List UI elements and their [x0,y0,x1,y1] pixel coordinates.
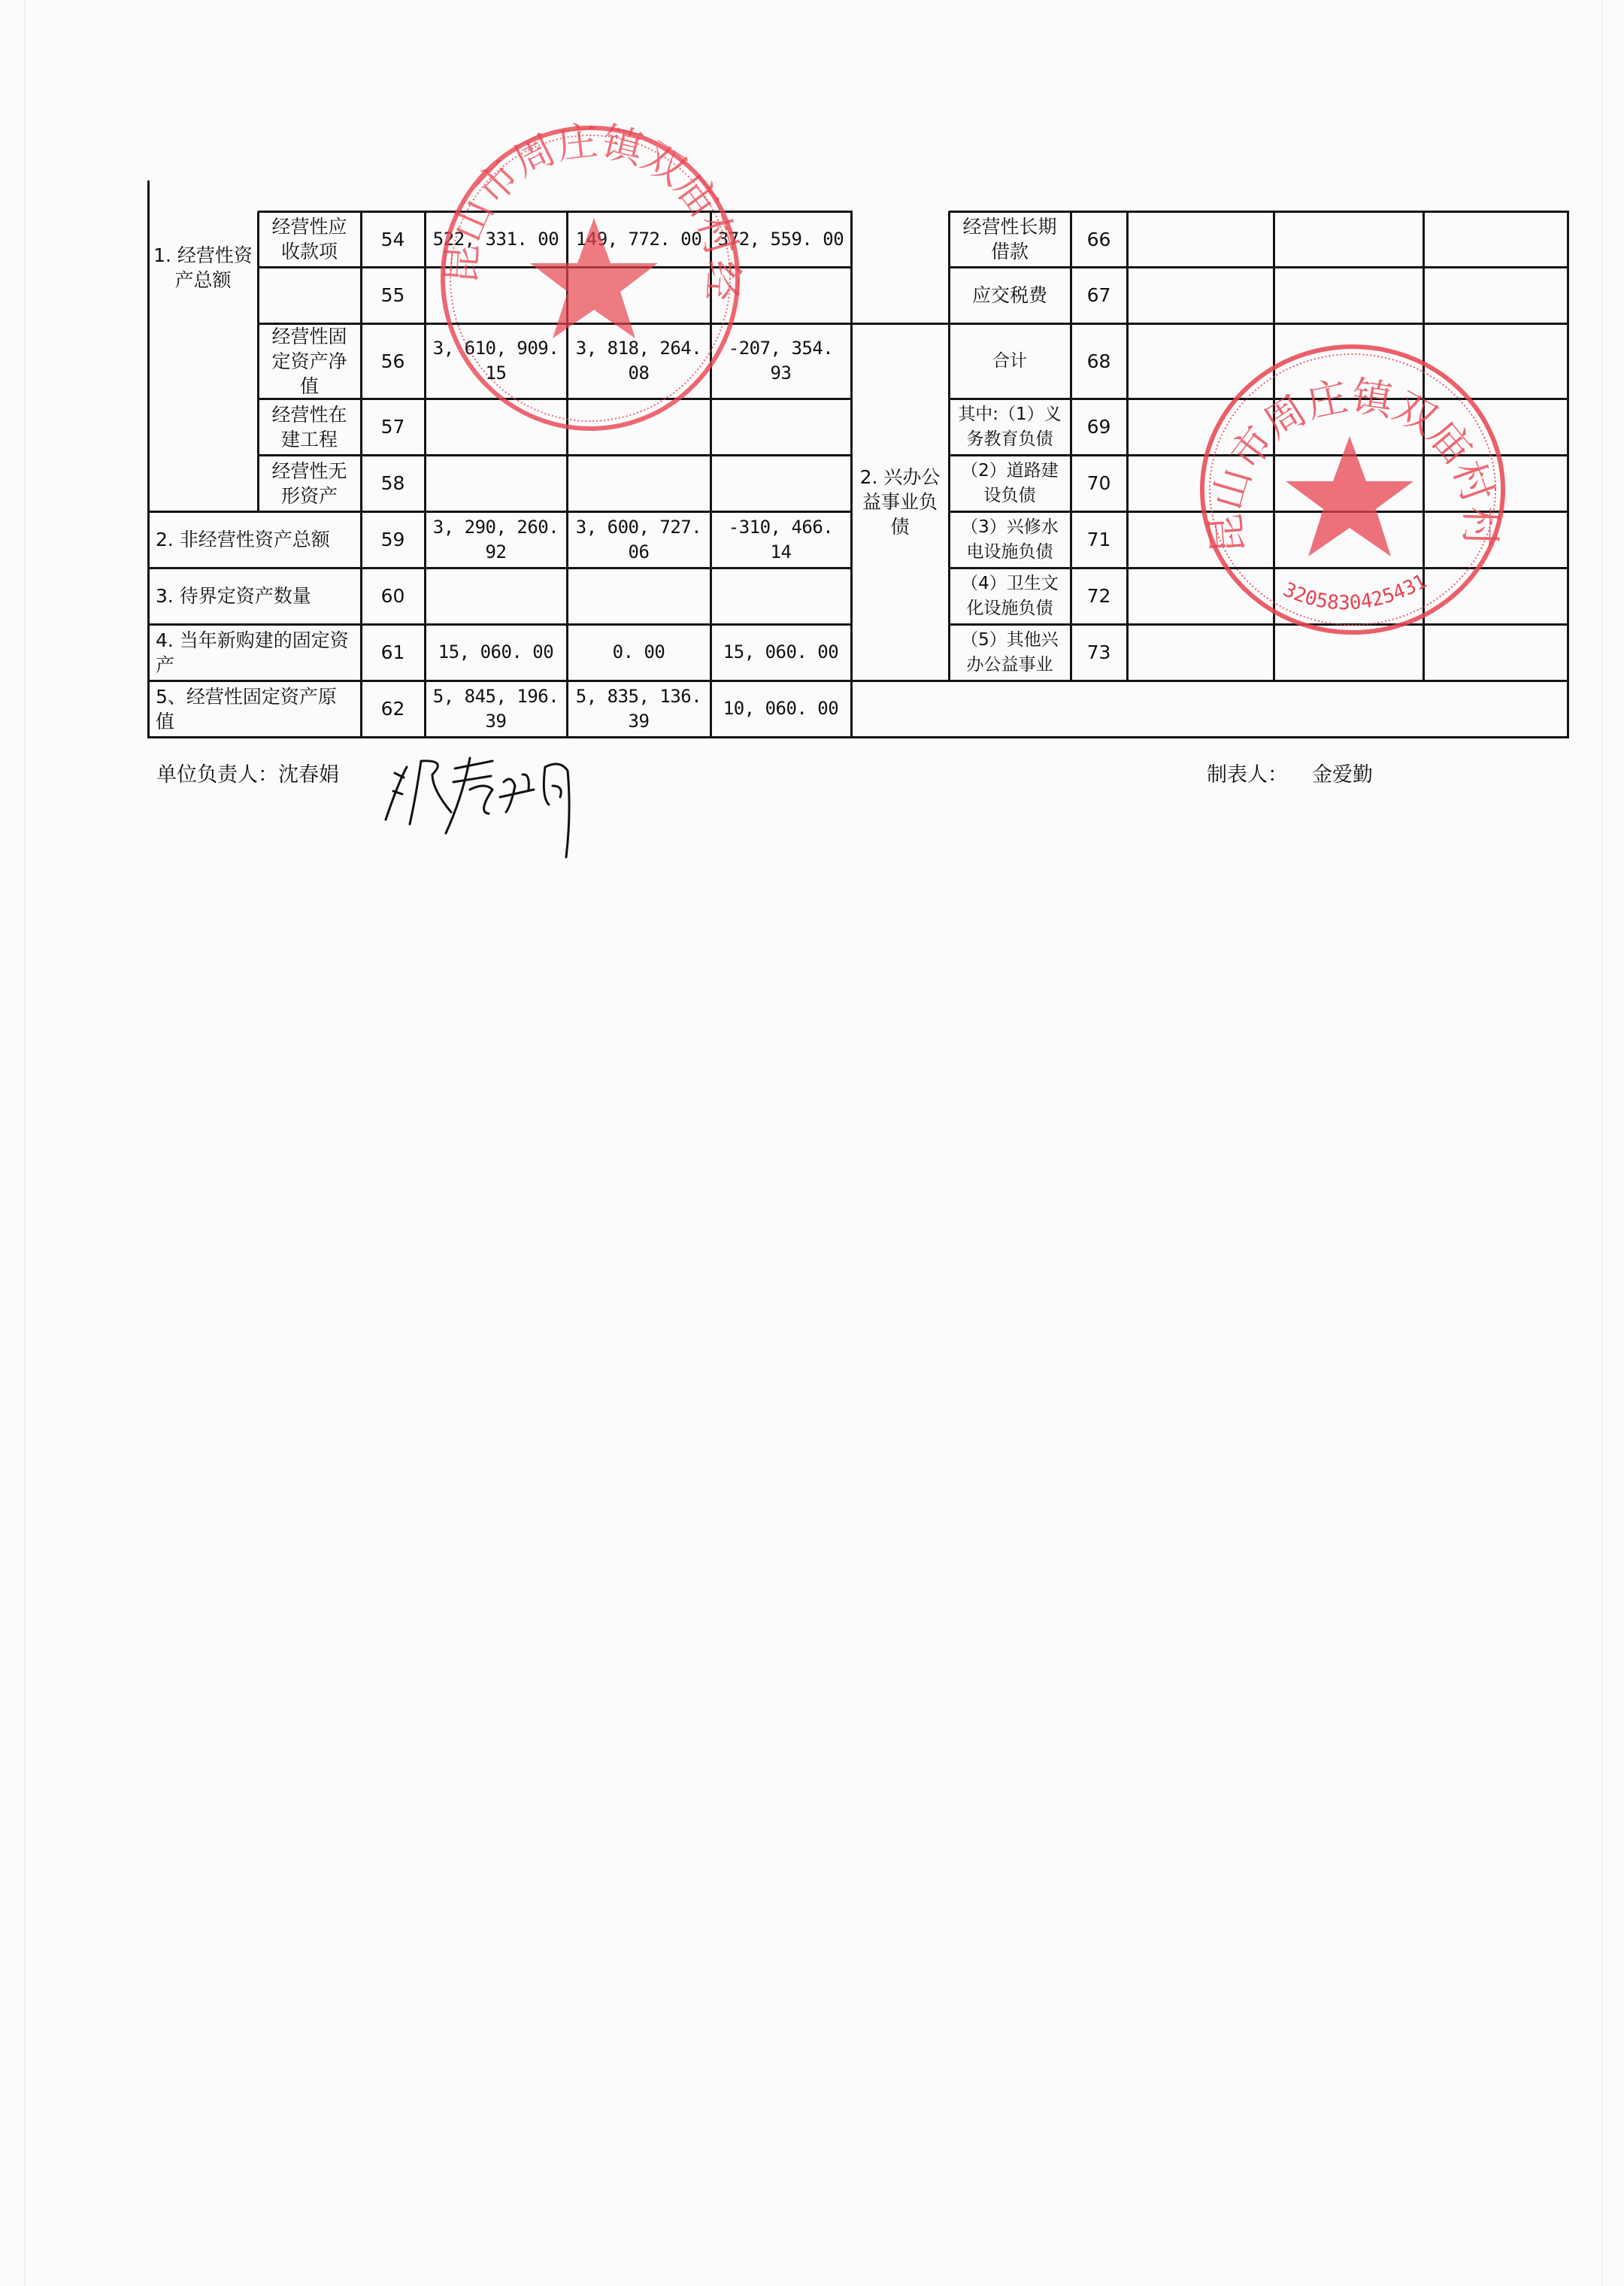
table-rule [148,623,853,626]
table-rule [148,680,853,682]
table-rule [258,454,853,456]
row-item-label: 其中:（1）义 务教育负债 [949,399,1071,455]
row-value-col2 [567,267,710,323]
preparer-name: 金爱勤 [1312,758,1373,787]
table-rule [1070,211,1072,682]
row-line-number: 67 [1071,267,1127,323]
row-line-number: 66 [1071,211,1127,267]
row-line-number: 68 [1071,323,1127,399]
table-rule [1126,211,1129,682]
row-line-number: 61 [361,624,425,681]
row-value-col3 [1423,399,1568,455]
row-item-label: （3）兴修水 电设施负债 [949,511,1071,568]
row-value-col1: 3, 290, 260. 92 [425,511,567,568]
row-item-label: 合计 [949,323,1071,399]
row-value-col1 [1127,624,1274,681]
row-value-col3: 15, 060. 00 [710,624,851,681]
row-value-col3: 10, 060. 00 [710,681,851,737]
table-rule [851,323,1569,325]
row-value-col1 [425,399,567,455]
row-value-col1 [1127,211,1274,267]
row-line-number: 62 [361,681,425,737]
row-value-col3 [1423,624,1568,681]
table-rule [1273,211,1275,682]
table-rule [949,567,1569,569]
row-value-col2: 3, 600, 727. 06 [567,511,710,568]
row-value-col1: 5, 845, 196. 39 [425,681,567,737]
row-item-label: （5）其他兴 办公益事业 [949,624,1071,681]
row-line-number: 60 [361,568,425,624]
table-rule [949,454,1569,456]
row-value-col1 [1127,568,1274,624]
row-value-col2: 0. 00 [567,624,710,681]
row-value-col2 [1274,511,1423,568]
group-label-public-welfare-debt: 2. 兴办公 益事业负 债 [851,323,949,681]
table-rule [566,211,568,738]
row-value-col1 [425,568,567,624]
row-value-col1 [425,267,567,323]
table-rule [949,511,1569,513]
scan-edge [24,0,26,2286]
row-line-number: 58 [361,455,425,511]
row-item-label: 3. 待界定资产数量 [148,568,361,624]
row-value-col3 [1423,455,1568,511]
table-rule [949,623,1569,626]
row-value-col1: 3, 610, 909. 15 [425,323,567,399]
table-rule [148,736,853,738]
row-value-col2 [567,568,710,624]
row-line-number: 69 [1071,399,1127,455]
table-rule [850,211,853,738]
unit-head-label: 单位负责人：沈春娟 [156,758,339,787]
row-item-label: （4）卫生文 化设施负债 [949,568,1071,624]
row-value-col2 [567,399,710,455]
row-line-number: 56 [361,323,425,399]
group-label-operating-assets: 1. 经营性资 产总额 [148,211,258,323]
row-value-col3 [710,568,851,624]
row-item-label: 经营性无 形资产 [258,455,361,511]
table-rule [949,266,1569,268]
table-rule [148,511,853,513]
row-line-number: 59 [361,511,425,568]
row-value-col2 [1274,568,1423,624]
row-value-col2 [1274,323,1423,399]
row-item-label: 经营性长期 借款 [949,211,1071,267]
row-value-col2 [1274,624,1423,681]
row-value-col3: -310, 466. 14 [710,511,851,568]
table-rule [851,736,1569,738]
row-line-number: 54 [361,211,425,267]
row-value-col1 [1127,511,1274,568]
row-value-col1 [1127,267,1274,323]
row-line-number: 55 [361,267,425,323]
table-rule [360,211,362,738]
row-item-label: 2. 非经营性资产总额 [148,511,361,568]
table-rule [257,211,259,513]
row-value-col3 [710,267,851,323]
table-rule [710,211,712,738]
preparer-label: 制表人： [1207,758,1288,787]
row-item-label: 5、经营性固定资产原 值 [148,681,361,737]
row-item-label: 应交税费 [949,267,1071,323]
table-rule [1423,211,1425,682]
row-value-col1: 15, 060. 00 [425,624,567,681]
row-item-label: 经营性固 定资产净 值 [258,323,361,399]
row-value-col3 [1423,267,1568,323]
row-value-col1 [425,455,567,511]
table-rule [949,211,1569,213]
table-rule [258,323,853,325]
table-rule [851,680,1569,682]
row-value-col2 [1274,399,1423,455]
handwritten-signature [380,752,605,865]
table-rule [148,567,853,569]
table-rule [949,398,1569,400]
row-value-col1 [1127,399,1274,455]
row-value-col1 [1127,455,1274,511]
row-item-label: 经营性在 建工程 [258,399,361,455]
row-value-col3: -207, 354. 93 [710,323,851,399]
row-value-col3 [1423,568,1568,624]
row-value-col1 [1127,323,1274,399]
row-value-col2: 149, 772. 00 [567,211,710,267]
table-rule [424,211,426,738]
row-value-col2: 3, 818, 264. 08 [567,323,710,399]
row-value-col3 [1423,511,1568,568]
table-rule [1567,211,1569,738]
row-value-col2: 5, 835, 136. 39 [567,681,710,737]
table-rule [258,266,853,268]
row-item-label: 经营性应 收款项 [258,211,361,267]
table-rule [948,211,950,682]
row-value-col3: 372, 559. 00 [710,211,851,267]
row-item-label [258,267,361,323]
table-rule [258,211,853,213]
row-value-col1: 522, 331. 00 [425,211,567,267]
row-line-number: 57 [361,399,425,455]
row-line-number: 71 [1071,511,1127,568]
row-value-col2 [1274,267,1423,323]
row-item-label: （2）道路建 设负债 [949,455,1071,511]
row-value-col3 [710,455,851,511]
scan-edge [1601,0,1603,2286]
document-page: 1. 经营性资 产总额经营性应 收款项54522, 331. 00149, 77… [0,0,1624,2286]
row-line-number: 70 [1071,455,1127,511]
row-value-col2 [567,455,710,511]
table-rule [258,398,853,400]
row-line-number: 72 [1071,568,1127,624]
row-line-number: 73 [1071,624,1127,681]
row-value-col2 [1274,455,1423,511]
row-item-label: 4. 当年新购建的固定资 产 [148,624,361,681]
row-value-col3 [1423,211,1568,267]
row-value-col3 [710,399,851,455]
table-rule [147,180,150,738]
row-value-col2 [1274,211,1423,267]
row-value-col3 [1423,323,1568,399]
